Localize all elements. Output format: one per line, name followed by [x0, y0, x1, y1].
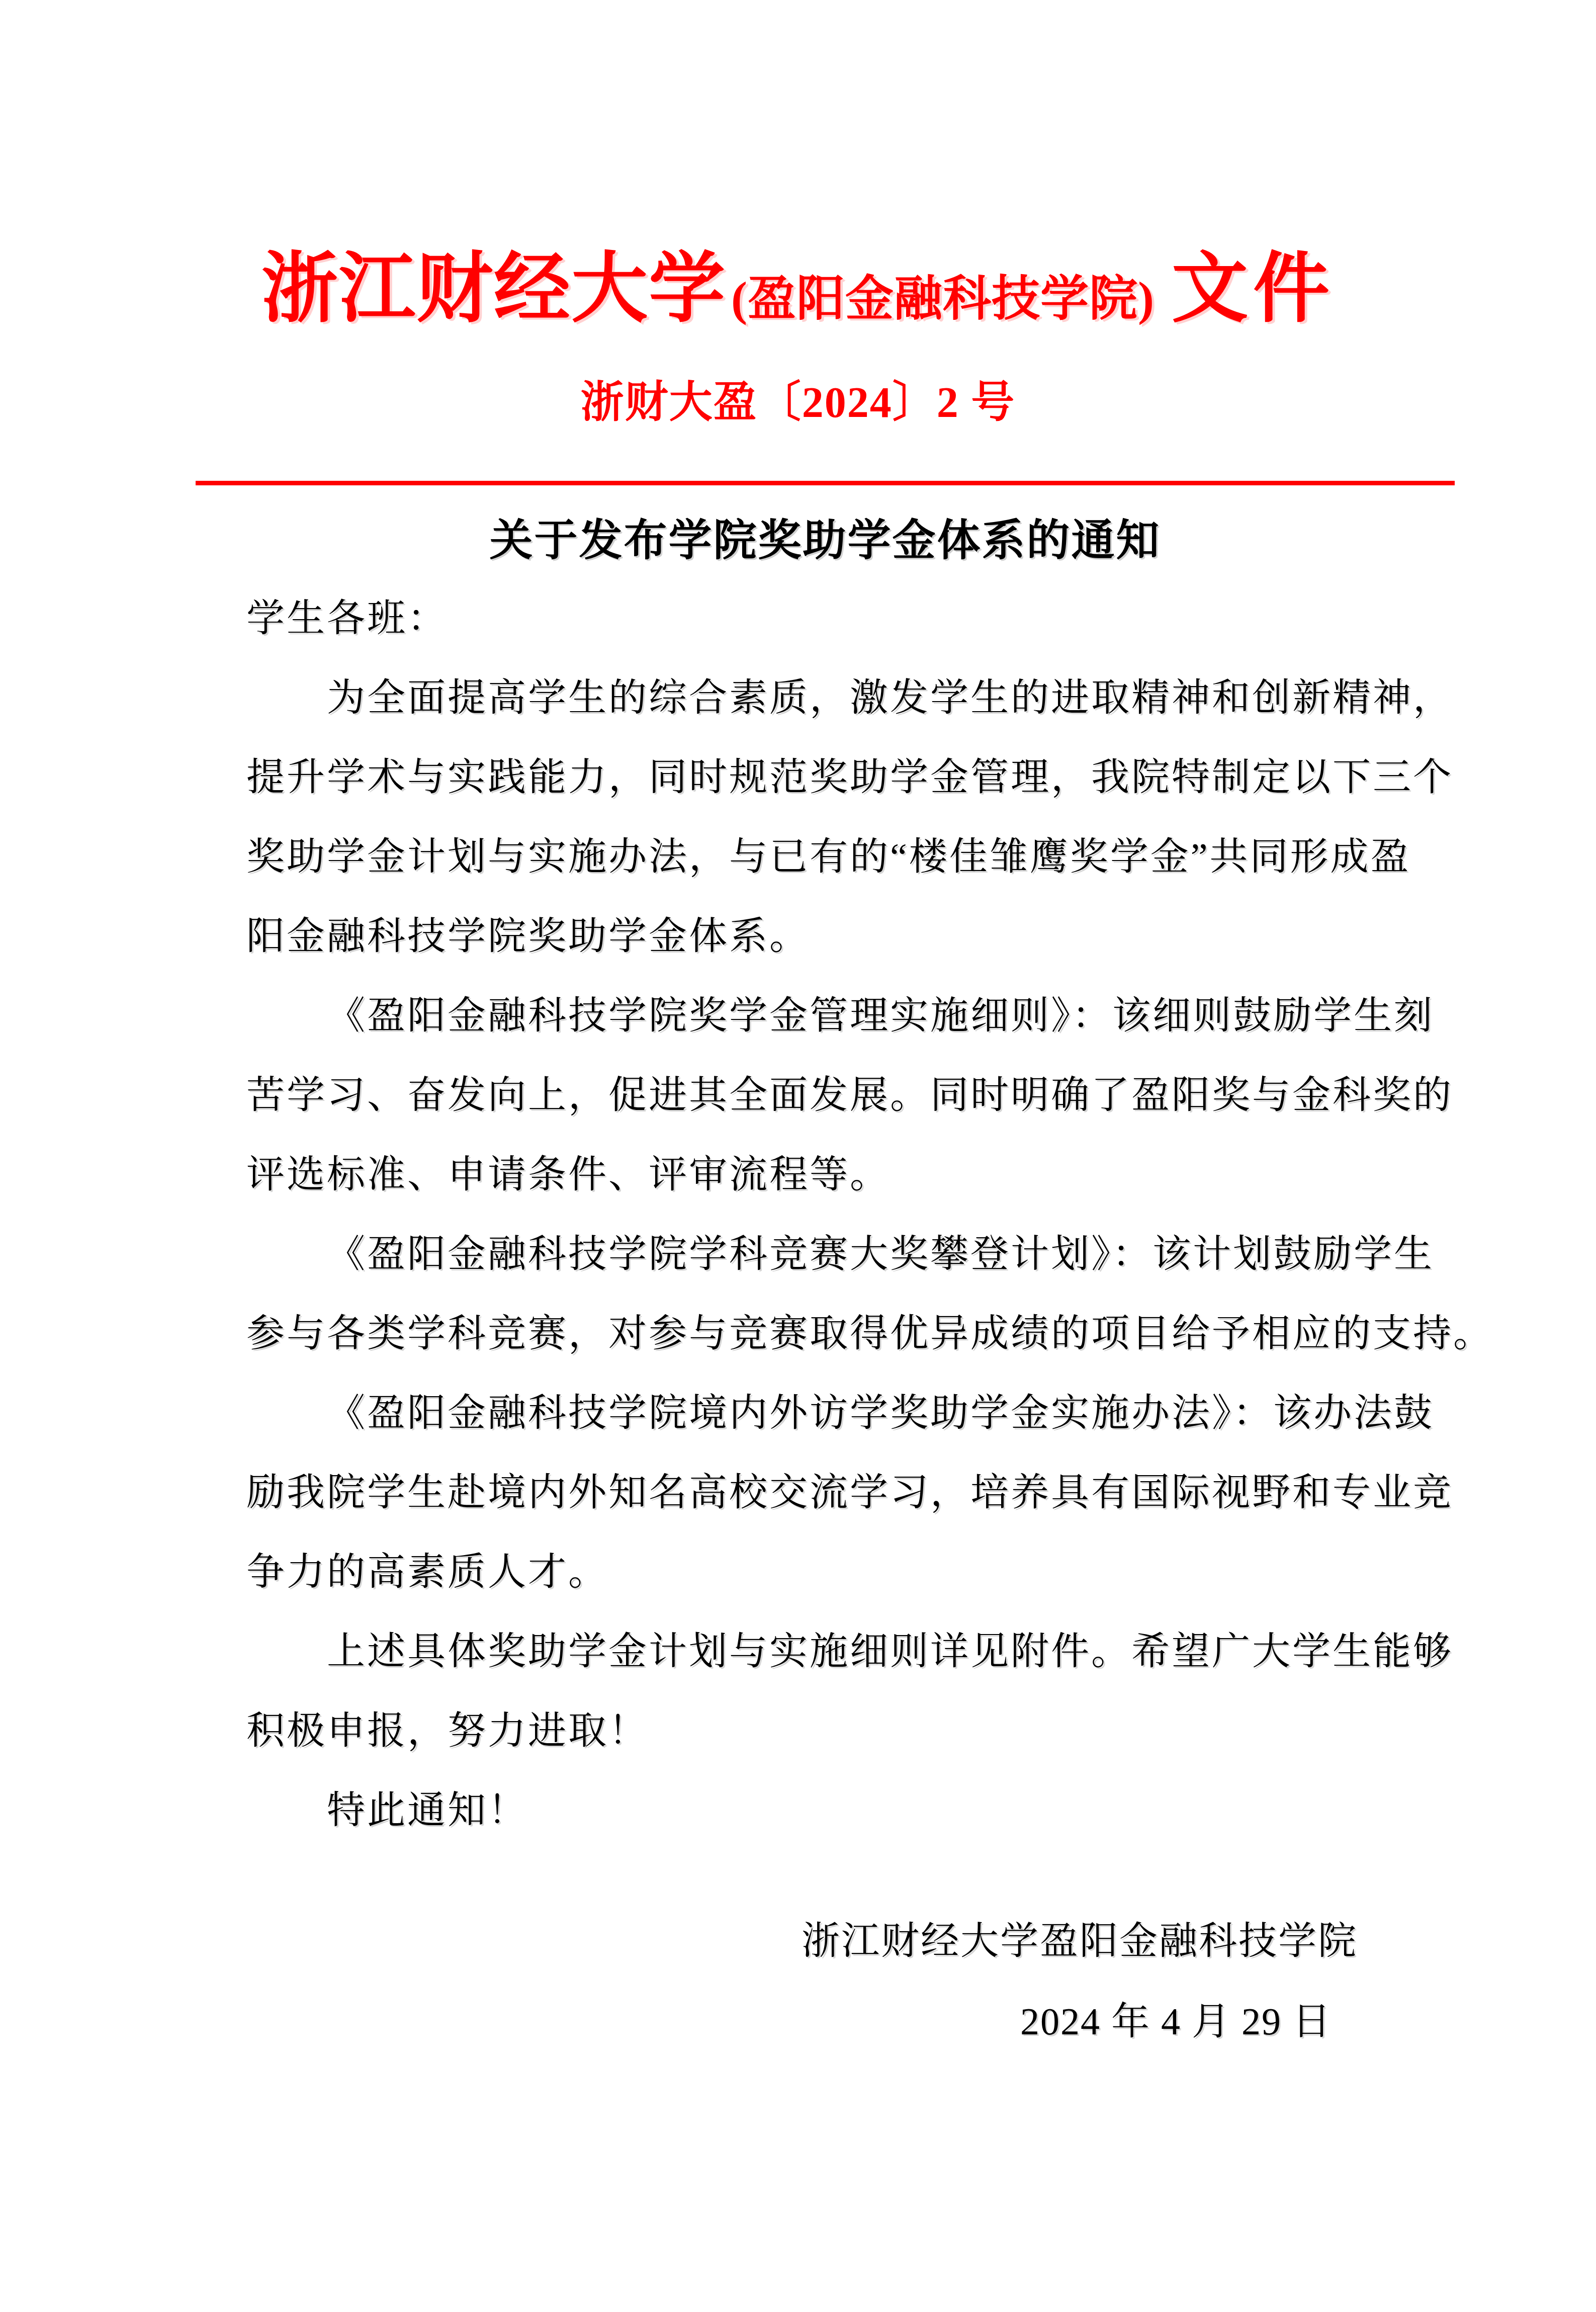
- college-name-paren: (盈阳金融科技学院): [731, 272, 1155, 325]
- red-masthead: 浙江财经大学(盈阳金融科技学院)文件: [0, 216, 1596, 362]
- document-page: 浙江财经大学(盈阳金融科技学院)文件 浙财大盈〔2024〕2 号 关于发布学院奖…: [0, 0, 1596, 2312]
- body-line: 奖助学金计划与实施办法，与已有的“楼佳雏鹰奖学金”共同形成盈: [246, 817, 1453, 897]
- document-number: 浙财大盈〔2024〕2 号: [0, 375, 1596, 430]
- issuer-signature: 浙江财经大学盈阳金融科技学院: [0, 1902, 1358, 1981]
- document-word: 文件: [1172, 247, 1335, 331]
- university-name: 浙江财经大学: [261, 247, 726, 331]
- body-line-salutation: 学生各班：: [246, 579, 1453, 658]
- body-line: 提升学术与实践能力，同时规范奖助学金管理，我院特制定以下三个: [246, 738, 1453, 817]
- issue-date: 2024 年 4 月 29 日: [0, 1982, 1332, 2062]
- notice-title: 关于发布学院奖助学金体系的通知: [196, 512, 1455, 569]
- body-line: 苦学习、奋发向上，促进其全面发展。同时明确了盈阳奖与金科奖的: [246, 1056, 1453, 1135]
- body-line: 上述具体奖助学金计划与实施细则详见附件。希望广大学生能够: [246, 1612, 1453, 1691]
- body-line: 励我院学生赴境内外知名高校交流学习，培养具有国际视野和专业竞: [246, 1453, 1453, 1532]
- body-line: 争力的高素质人才。: [246, 1532, 1453, 1612]
- notice-body: 学生各班： 为全面提高学生的综合素质，激发学生的进取精神和创新精神， 提升学术与…: [246, 579, 1453, 1850]
- body-line-closing: 特此通知！: [246, 1771, 1453, 1850]
- red-divider-rule: [196, 481, 1455, 485]
- body-line: 《盈阳金融科技学院学科竞赛大奖攀登计划》：该计划鼓励学生: [246, 1215, 1453, 1294]
- body-line: 参与各类学科竞赛，对参与竞赛取得优异成绩的项目给予相应的支持。: [246, 1294, 1453, 1374]
- body-line: 《盈阳金融科技学院奖学金管理实施细则》：该细则鼓励学生刻: [246, 976, 1453, 1056]
- body-line: 为全面提高学生的综合素质，激发学生的进取精神和创新精神，: [246, 658, 1453, 738]
- body-line: 积极申报，努力进取！: [246, 1691, 1453, 1771]
- body-line: 评选标准、申请条件、评审流程等。: [246, 1135, 1453, 1215]
- body-line: 阳金融科技学院奖助学金体系。: [246, 897, 1453, 976]
- body-line: 《盈阳金融科技学院境内外访学奖助学金实施办法》：该办法鼓: [246, 1374, 1453, 1453]
